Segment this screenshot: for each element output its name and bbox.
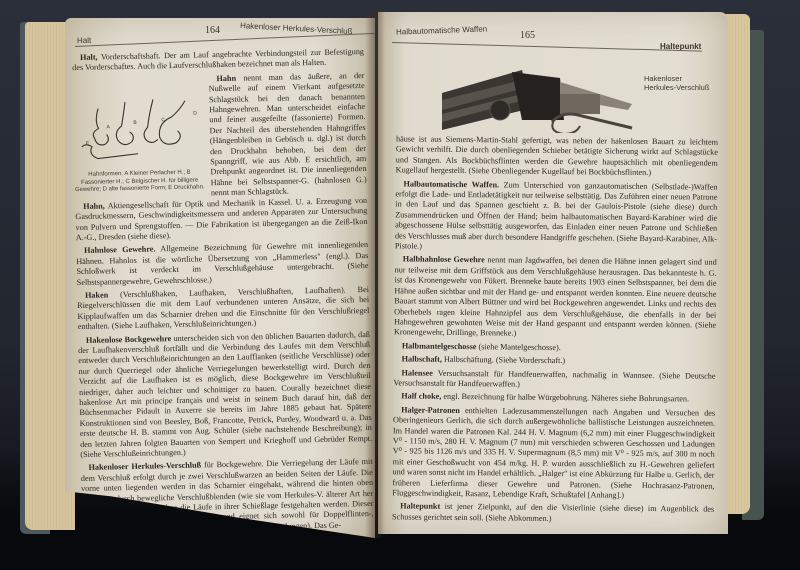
entry: Half choke, engl. Bezeichnung für halbe … (393, 392, 715, 406)
entry: Hahn, Aktiengesellschaft für Optik und M… (75, 196, 368, 244)
header-rule (392, 42, 702, 52)
figure-label: B (133, 120, 137, 126)
entry: Halbhahnlose Gewehre nennt man Jagdwaffe… (394, 255, 717, 342)
entry: Halensee Versuchsanstalt für Handfeuerwa… (393, 368, 715, 392)
shotgun-action-photo (442, 58, 642, 133)
entry: Halt, Vorderschaftshaft. Der am Lauf ang… (72, 47, 364, 74)
entry: Hahn nennt man das äußere, an der Nußwel… (208, 71, 367, 199)
entry: Haken (Verschlußhaken, Laufhaken, Versch… (77, 285, 370, 333)
left-page-body: Halt, Vorderschaftshaft. Der am Lauf ang… (72, 47, 374, 539)
hammer-forms-figure: A B C D E Hahnformen: A Kleiner Perlache… (73, 96, 205, 202)
entry: Halbmantelgeschosse (siehe Mantelgeschos… (394, 341, 716, 355)
header-rule (75, 33, 375, 47)
figure-caption: Hahnformen: A Kleiner Perlacher H.; B Fa… (74, 170, 204, 195)
shotgun-action-illustration (442, 58, 642, 133)
page-number: 165 (520, 30, 535, 41)
figure-label: D (193, 110, 197, 116)
running-head-left: Halt (77, 36, 91, 45)
figure-caption: Hakenloser Herkules-Verschluß (644, 74, 709, 92)
right-page: Halbautomatische Waffen 165 Haltepunkt H… (378, 12, 728, 534)
entry: Halger-Patronen enthielten Ladezusammens… (392, 405, 715, 502)
entry: Haltepunkt ist jener Zielpunkt, auf den … (392, 502, 714, 526)
figure-label: A (106, 124, 110, 130)
entry: Halbschaft, Halbschäftung. (Siehe Vorder… (394, 354, 716, 368)
left-page: Halt 164 Hakenloser Herkules-Verschluß H… (65, 18, 375, 538)
entry-with-figure: A B C D E Hahnformen: A Kleiner Perlache… (72, 71, 367, 202)
hammer-shapes-illustration: A B C D E (73, 96, 204, 169)
running-head-left: Halbautomatische Waffen (396, 24, 487, 36)
page-number: 164 (205, 25, 220, 36)
entry: Hakenlose Bockgewehre unterscheiden sich… (78, 329, 373, 460)
book-gutter (365, 10, 385, 538)
figure-label: C (161, 117, 165, 123)
right-page-body: häuse ist aus Siemens-Martin-Stahl gefer… (392, 134, 718, 529)
entry: Halbautomatische Waffen. Zum Unterschied… (395, 179, 718, 255)
entry: Hahnlose Gewehre. Allgemeine Bezeichnung… (76, 240, 369, 288)
entry-continuation: häuse ist aus Siemens-Martin-Stahl gefer… (396, 134, 718, 179)
